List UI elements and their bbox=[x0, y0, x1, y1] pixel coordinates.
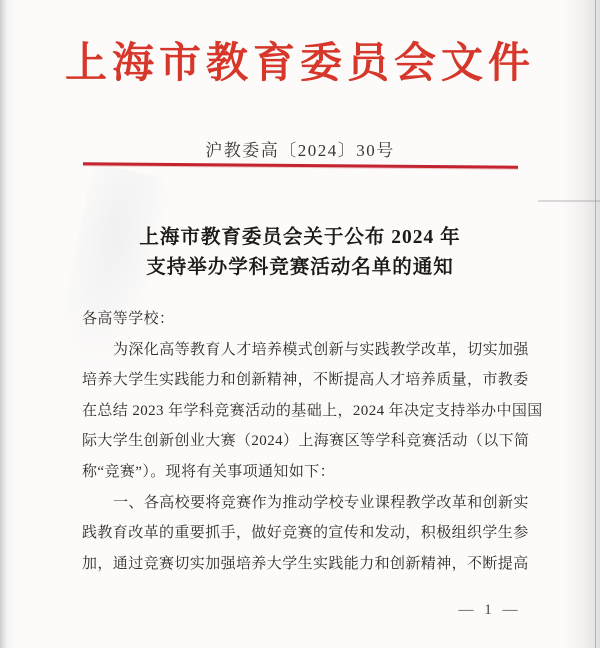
body-line: 培养大学生实践能力和创新精神，不断提高人才培养质量，市教委 bbox=[82, 365, 528, 396]
document-body: 各高等学校： 为深化高等教育人才培养模式创新与实践教学改革，切实加强 培养大学生… bbox=[82, 304, 528, 579]
document-title: 上海市教育委员会关于公布 2024 年 支持举办学科竞赛活动名单的通知 bbox=[0, 223, 600, 283]
agency-masthead: 上海市教育委员会文件 bbox=[0, 30, 600, 90]
document-page: 上海市教育委员会文件 沪教委高〔2024〕30号 上海市教育委员会关于公布 20… bbox=[0, 0, 600, 648]
body-line: 为深化高等教育人才培养模式创新与实践教学改革，切实加强 bbox=[82, 335, 528, 366]
body-line: 践教育改革的重要抓手，做好竞赛的宣传和发动，积极组织学生参 bbox=[82, 518, 528, 549]
document-title-line2: 支持举办学科竞赛活动名单的通知 bbox=[0, 253, 600, 283]
body-line: 际大学生创新创业大赛（2024）上海赛区等学科竞赛活动（以下简 bbox=[82, 426, 528, 457]
body-line: 称“竞赛”）。现将有关事项通知如下： bbox=[82, 457, 528, 488]
page-number: — 1 — bbox=[438, 602, 538, 619]
scan-edge-left bbox=[0, 0, 16, 648]
document-title-line1: 上海市教育委员会关于公布 2024 年 bbox=[0, 223, 600, 253]
body-line: 一、各高校要将竞赛作为推动学校专业课程教学改革和创新实 bbox=[82, 488, 528, 519]
scan-edge-line bbox=[595, 0, 596, 648]
scan-streak bbox=[538, 200, 600, 202]
body-line: 加，通过竞赛切实加强培养大学生实践能力和创新精神，不断提高 bbox=[82, 549, 528, 580]
document-number: 沪教委高〔2024〕30号 bbox=[0, 136, 600, 161]
scan-edge-right bbox=[562, 0, 600, 648]
masthead-rule bbox=[83, 162, 518, 168]
salutation: 各高等学校： bbox=[82, 304, 528, 335]
body-line: 在总结 2023 年学科竞赛活动的基础上，2024 年决定支持举办中国国 bbox=[82, 396, 528, 427]
